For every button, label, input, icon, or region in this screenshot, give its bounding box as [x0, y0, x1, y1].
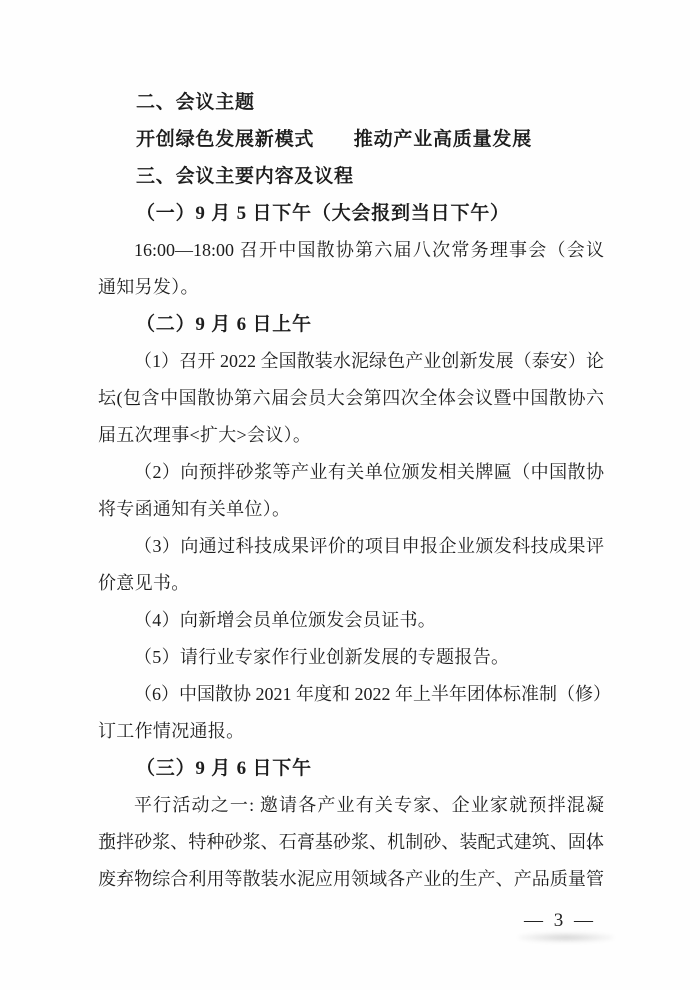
paragraph-parallel-activity-line-3: 废弃物综合利用等散装水泥应用领域各产业的生产、产品质量管	[98, 861, 604, 898]
document-text-block: 二、会议主题 开创绿色发展新模式 推动产业高质量发展 三、会议主要内容及议程 （…	[98, 84, 604, 898]
paragraph-standing-council-line-1: 16:00—18:00 召开中国散协第六届八次常务理事会（会议	[98, 232, 604, 269]
paragraph-expert-reports: （5）请行业专家作行业创新发展的专题报告。	[98, 639, 604, 676]
meeting-theme-slogan: 开创绿色发展新模式 推动产业高质量发展	[98, 121, 604, 158]
paragraph-forum-line-2: 坛(包含中国散协第六届会员大会第四次全体会议暨中国散协六	[98, 380, 604, 417]
paragraph-member-certificates: （4）向新增会员单位颁发会员证书。	[98, 602, 604, 639]
paragraph-standing-council-line-2: 通知另发）。	[98, 269, 604, 306]
paragraph-tech-evaluation-line-1: （3）向通过科技成果评价的项目申报企业颁发科技成果评	[98, 528, 604, 565]
heading-meeting-theme-section: 二、会议主题	[98, 84, 604, 121]
paragraph-forum-line-3: 届五次理事<扩大>会议）。	[98, 417, 604, 454]
paragraph-plaques-line-1: （2）向预拌砂浆等产业有关单位颁发相关牌匾（中国散协	[98, 454, 604, 491]
paragraph-plaques-line-2: 将专函通知有关单位）。	[98, 491, 604, 528]
paragraph-parallel-activity-line-1: 平行活动之一: 邀请各产业有关专家、企业家就预拌混凝土、	[98, 787, 604, 824]
paragraph-parallel-activity-line-2: 预拌砂浆、特种砂浆、石膏基砂浆、机制砂、装配式建筑、固体	[98, 824, 604, 861]
paragraph-standards-briefing-line-2: 订工作情况通报。	[98, 713, 604, 750]
heading-agenda-section: 三、会议主要内容及议程	[98, 158, 604, 195]
document-page: 二、会议主题 开创绿色发展新模式 推动产业高质量发展 三、会议主要内容及议程 （…	[0, 0, 700, 990]
paragraph-forum-line-1: （1）召开 2022 全国散装水泥绿色产业创新发展（泰安）论	[98, 343, 604, 380]
scan-smudge-artifact	[518, 933, 614, 942]
paragraph-standards-briefing-line-1: （6）中国散协 2021 年度和 2022 年上半年团体标准制（修）	[98, 676, 604, 713]
paragraph-tech-evaluation-line-2: 价意见书。	[98, 565, 604, 602]
heading-sept5-afternoon: （一）9 月 5 日下午（大会报到当日下午）	[98, 195, 604, 232]
page-number: — 3 —	[524, 906, 596, 936]
heading-sept6-afternoon: （三）9 月 6 日下午	[98, 750, 604, 787]
heading-sept6-morning: （二）9 月 6 日上午	[98, 306, 604, 343]
